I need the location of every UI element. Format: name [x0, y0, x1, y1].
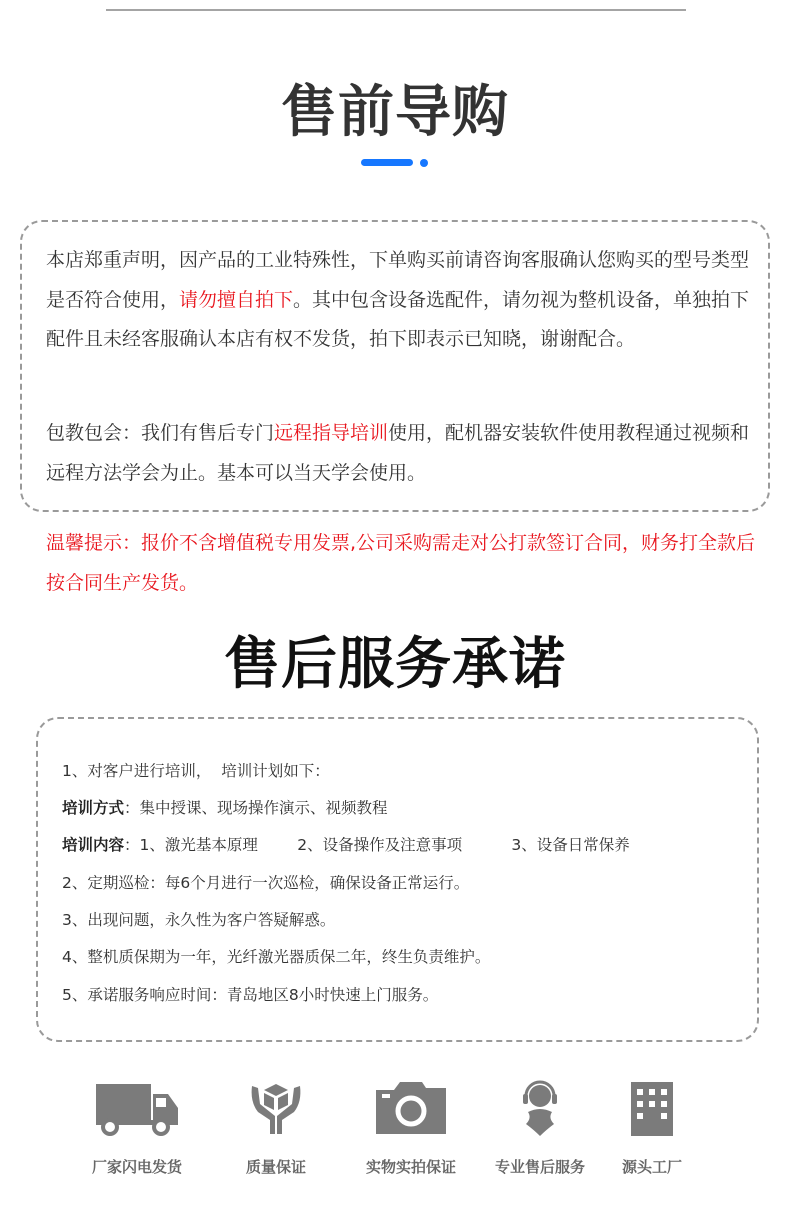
- hands-box-icon: [248, 1080, 304, 1136]
- feature-label: 专业售后服务: [495, 1156, 585, 1177]
- feature-label: 质量保证: [246, 1156, 306, 1177]
- building-icon: [629, 1080, 675, 1136]
- declaration-paragraph: 本店郑重声明，因产品的工业特殊性，下单购买前请咨询客服确认您购买的型号类型是否符…: [46, 241, 756, 360]
- declaration-highlight: 请勿擅自拍下: [179, 289, 293, 311]
- headset-agent-icon: [518, 1080, 562, 1136]
- feature-real-photo: 实物实拍保证: [372, 1080, 450, 1136]
- presale-title: 售前导购: [0, 78, 790, 148]
- aftersale-item: 5、承诺服务响应时间：青岛地区8小时快速上门服务。: [62, 985, 438, 1005]
- feature-label: 源头工厂: [622, 1156, 682, 1177]
- title-accent-bar: [361, 159, 413, 166]
- aftersale-title: 售后服务承诺: [0, 630, 790, 700]
- feature-source-factory: 源头工厂: [626, 1080, 678, 1136]
- aftersale-item: 2、定期巡检：每6个月进行一次巡检，确保设备正常运行。: [62, 873, 469, 893]
- feature-icons-row: 厂家闪电发货 质量保证 实物实拍保证 专业售后服务: [0, 1080, 790, 1180]
- camera-icon: [374, 1080, 448, 1136]
- aftersale-item: 1、对客户进行培训， 培训计划如下：: [62, 761, 330, 781]
- title-accent-dot: [420, 159, 428, 167]
- top-divider: [106, 9, 686, 11]
- training-text: 包教包会：我们有售后专门: [46, 422, 274, 444]
- aftersale-item: 培训内容：1、激光基本原理 2、设备操作及注意事项 3、设备日常保养: [62, 835, 630, 855]
- feature-label: 厂家闪电发货: [92, 1156, 182, 1177]
- warm-tip-notice: 温馨提示：报价不含增值税专用发票,公司采购需走对公打款签订合同，财务打全款后按合…: [46, 524, 766, 603]
- truck-icon: [94, 1080, 180, 1136]
- feature-aftersale-service: 专业售后服务: [512, 1080, 568, 1136]
- aftersale-item: 培训方式：集中授课、现场操作演示、视频教程: [62, 798, 388, 818]
- feature-quality: 质量保证: [243, 1080, 309, 1136]
- training-highlight: 远程指导培训: [274, 422, 388, 444]
- training-paragraph: 包教包会：我们有售后专门远程指导培训使用，配机器安装软件使用教程通过视频和远程方…: [46, 414, 756, 493]
- feature-label: 实物实拍保证: [366, 1156, 456, 1177]
- aftersale-item: 4、整机质保期为一年，光纤激光器质保二年，终生负责维护。: [62, 947, 490, 967]
- aftersale-item: 3、出现问题，永久性为客户答疑解惑。: [62, 910, 335, 930]
- feature-fast-shipping: 厂家闪电发货: [92, 1080, 182, 1136]
